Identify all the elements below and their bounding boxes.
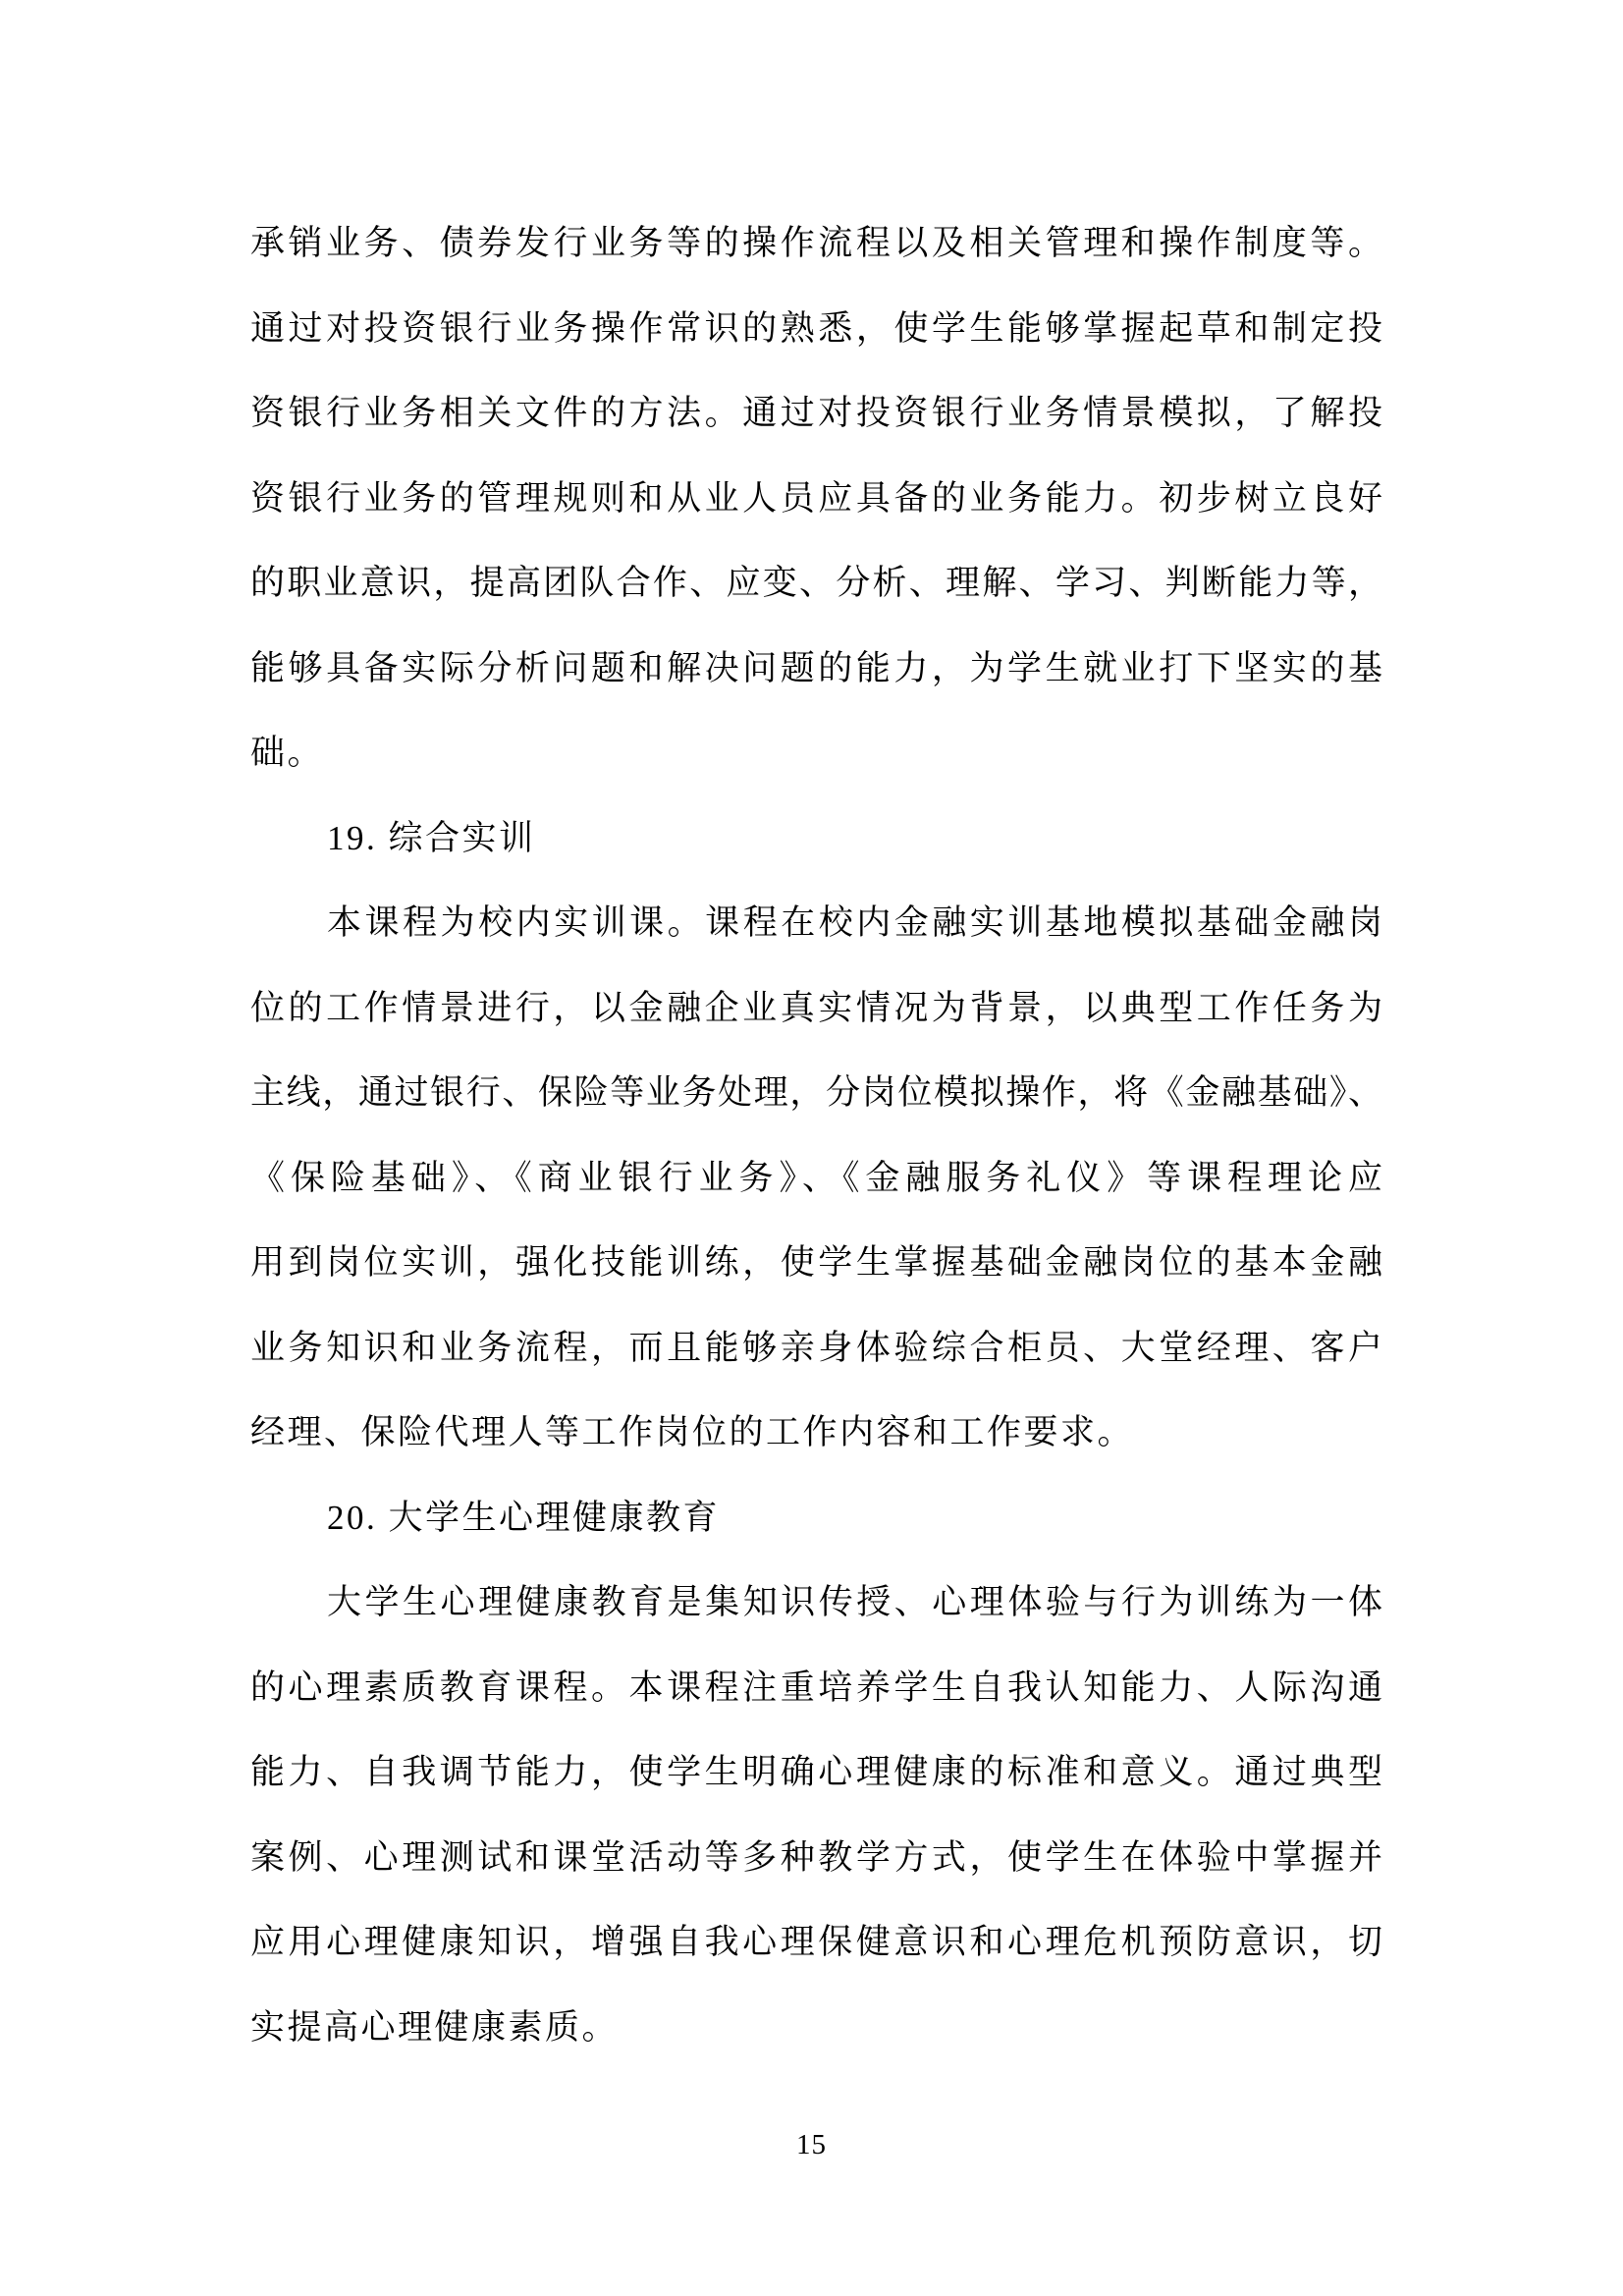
- text-line: 本课程为校内实训课。课程在校内金融实训基地模拟基础金融岗: [250, 881, 1382, 966]
- text-line: 资银行业务相关文件的方法。通过对投资银行业务情景模拟，了解投: [250, 371, 1382, 457]
- text-line: 经理、保险代理人等工作岗位的工作内容和工作要求。: [250, 1391, 1382, 1476]
- page-number: 15: [796, 2129, 827, 2160]
- text-line: 的职业意识，提高团队合作、应变、分析、理解、学习、判断能力等，: [250, 541, 1382, 627]
- text-line: 础。: [250, 711, 1382, 796]
- text-line: 案例、心理测试和课堂活动等多种教学方式，使学生在体验中掌握并: [250, 1816, 1382, 1901]
- text-line: 的心理素质教育课程。本课程注重培养学生自我认知能力、人际沟通: [250, 1646, 1382, 1731]
- text-line: 主线，通过银行、保险等业务处理，分岗位模拟操作，将《金融基础》、: [250, 1051, 1382, 1136]
- text-line: 承销业务、债券发行业务等的操作流程以及相关管理和操作制度等。: [250, 201, 1382, 287]
- text-line: 位的工作情景进行，以金融企业真实情况为背景，以典型工作任务为: [250, 966, 1382, 1052]
- body-text-block: 承销业务、债券发行业务等的操作流程以及相关管理和操作制度等。通过对投资银行业务操…: [250, 201, 1382, 2070]
- text-line: 通过对投资银行业务操作常识的熟悉，使学生能够掌握起草和制定投: [250, 287, 1382, 372]
- text-line: 《保险基础》、《商业银行业务》、《金融服务礼仪》等课程理论应: [250, 1136, 1382, 1222]
- text-line: 大学生心理健康教育是集知识传授、心理体验与行为训练为一体: [250, 1560, 1382, 1646]
- text-line: 能够具备实际分析问题和解决问题的能力，为学生就业打下坚实的基: [250, 627, 1382, 712]
- text-line: 业务知识和业务流程，而且能够亲身体验综合柜员、大堂经理、客户: [250, 1306, 1382, 1392]
- document-page: 承销业务、债券发行业务等的操作流程以及相关管理和操作制度等。通过对投资银行业务操…: [0, 0, 1623, 2296]
- text-line: 能力、自我调节能力，使学生明确心理健康的标准和意义。通过典型: [250, 1730, 1382, 1816]
- page-footer: 15: [0, 2125, 1623, 2164]
- section-heading: 19. 综合实训: [250, 796, 1382, 882]
- text-line: 实提高心理健康素质。: [250, 1986, 1382, 2071]
- text-line: 用到岗位实训，强化技能训练，使学生掌握基础金融岗位的基本金融: [250, 1221, 1382, 1306]
- text-line: 应用心理健康知识，增强自我心理保健意识和心理危机预防意识，切: [250, 1900, 1382, 1986]
- text-line: 资银行业务的管理规则和从业人员应具备的业务能力。初步树立良好: [250, 457, 1382, 542]
- section-heading: 20. 大学生心理健康教育: [250, 1476, 1382, 1561]
